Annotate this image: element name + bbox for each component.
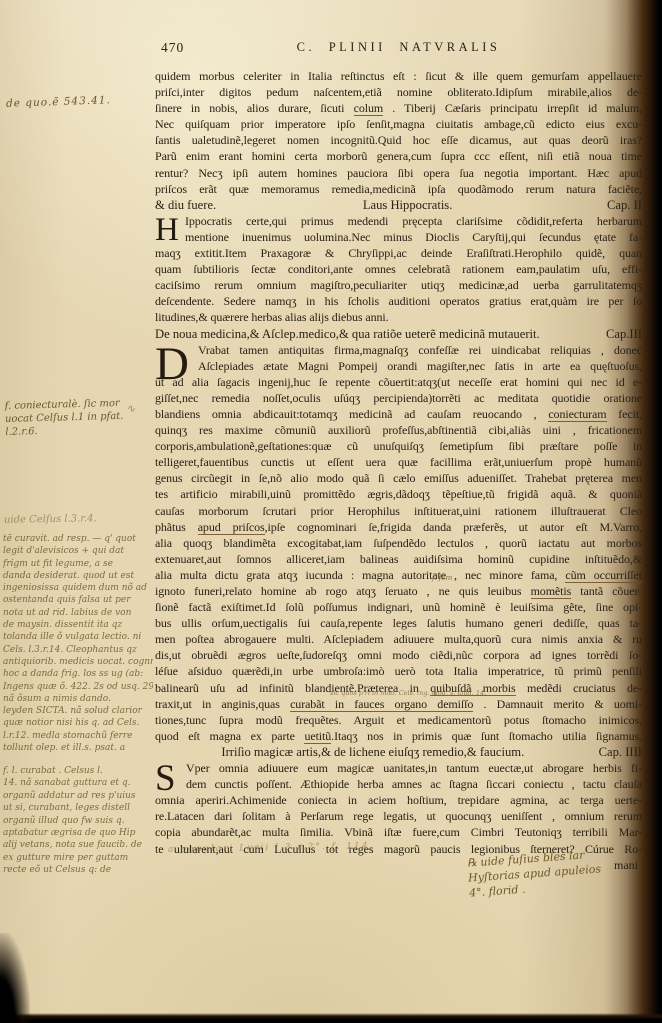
text-line: quam ſubtilioris ſectæ conditori,ante om… <box>155 261 642 277</box>
handwritten-insertion-mark: ″ <box>200 511 203 520</box>
handwriting-line: tolanda ille õ vulgata lectio. ni <box>3 631 153 643</box>
text-segment: blandiens omnia abdicauit:totamqʒ medici… <box>155 407 548 421</box>
heading-title: Laus Hippocratis. <box>216 197 599 213</box>
text-line: quidem morbus celeriter in Italia reſtin… <box>155 68 642 84</box>
handwriting-line: danda desiderat. quod ut est <box>3 570 153 582</box>
text-line: copia abundarẽt,ac multa ſimilia. Vbinã … <box>155 824 642 840</box>
handwriting-line: f. l. curabat . Celsus l. <box>3 765 155 777</box>
handwriting-line: aptabatur ægrisa de quo Hip <box>3 827 155 839</box>
printed-text-block: quidem morbus celeriter in Italia reſtin… <box>155 68 642 873</box>
handwriting-line: tollunt olep. et ill.s. psat. a <box>3 742 153 754</box>
paragraph: DVrabat tamen antiquitas firma,magnaſqʒ … <box>155 342 642 744</box>
heading-left: De noua medicina,& Aſclep.medico,& qua r… <box>155 326 540 342</box>
text-line: ſantis ualetudinẽ,legeret nomen incognit… <box>155 132 642 148</box>
ink-underlined-phrase: colum <box>354 101 384 116</box>
chapter-heading: Irriſio magicæ artis,& de lichene eiuſqʒ… <box>155 744 642 760</box>
handwriting-line: ostentanda quis falsa ut per <box>3 594 153 606</box>
text-line: litudines,& quærere herbas alias alijs d… <box>155 309 642 325</box>
text-segment: ſinere in nobis, alios durare, ſicuti <box>155 101 354 115</box>
text-line: maqʒ extitit.Item Praxagoræ & Chryſippi,… <box>155 245 642 261</box>
heading-title: Irriſio magicæ artis,& de lichene eiuſqʒ… <box>155 744 591 760</box>
text-line: tiones,tunc ſupra modũ frequẽtes. Arguit… <box>155 712 642 728</box>
text-line: omnia aperiri.Achimenide coniecta in aci… <box>155 792 642 808</box>
text-line: Ippocratis certe,qui primus medendi pręc… <box>155 213 642 229</box>
paragraph: HIppocratis certe,qui primus medendi prę… <box>155 213 642 326</box>
text-line: priſcos erãt quæ memoramus remedia,medic… <box>155 181 642 197</box>
chapter-heading: De noua medicina,& Aſclep.medico,& qua r… <box>155 326 642 342</box>
handwriting-line: organũ illud quo fw suis q. <box>3 815 155 827</box>
text-segment: . Tiberij Cæſaris principatu irrepſit id… <box>383 101 642 115</box>
text-line: Vper omnia adiuuere eum magicæ uanitates… <box>155 760 642 776</box>
text-segment: tantã cõuer- <box>571 584 642 598</box>
text-line: Parũ enim erant homini certa morborũ gen… <box>155 148 642 164</box>
text-line: traxit,ut in anginis,quas curabãt in fau… <box>155 696 642 712</box>
chapter-number: Cap.III <box>598 326 642 342</box>
chapter-number: Cap. II <box>599 197 642 213</box>
text-line: bus ullis orſum,uectigalis ſui cauſa,rep… <box>155 615 642 631</box>
heading-left: & diu fuere. <box>155 197 216 213</box>
text-segment: ,ipſe cognominari ſe,frigida danda præfe… <box>265 520 642 534</box>
handwriting-line: quæ notior nisi his q. ad Cels. <box>3 717 153 729</box>
handwriting-line: tē curavit. ad resp. — q' quot <box>3 533 153 545</box>
paragraph: SVper omnia adiuuere eum magicæ uanitate… <box>155 760 642 857</box>
ink-underlined-phrase: apud priſcos <box>198 520 265 535</box>
text-line: léſue aſsiduo quærẽdi,in urbe umbroſa:im… <box>155 663 642 679</box>
text-line: mentione inuenimus uolumina.Nec minus Di… <box>155 229 642 245</box>
text-line: alia quoqʒ blandimẽta excogitabat,iam ſu… <box>155 535 642 551</box>
book-page-scan: { "page": { "page_number": "470", "runni… <box>0 0 662 1023</box>
text-line: Vrabat tamen antiquitas firma,magnaſqʒ c… <box>155 342 642 358</box>
text-line: quinqʒ res maxime cõmuniũ auxiliorũ prof… <box>155 422 642 438</box>
handwriting-line: 14. nã sanabat guttura et q. <box>3 777 155 789</box>
page-header: 470 C. PLINII NATVRALIS <box>155 40 642 58</box>
text-line: blandiens omnia abdicauit:totamqʒ medici… <box>155 406 642 422</box>
ink-underlined-phrase: coniecturam <box>548 407 606 422</box>
text-line: caciſsimo rerum omnium magiſtro,peculiar… <box>155 277 642 293</box>
handwriting-line: de maysin. dissentit ita qz <box>3 619 153 631</box>
heading-title <box>540 326 598 342</box>
text-line: phãtus apud priſcos,ipſe cognominari ſe,… <box>155 519 642 535</box>
handwriting-line: legit d'alevisicos + qui dat <box>3 545 153 557</box>
text-segment: alia multa dictu grata atqʒ iucunda : ma… <box>155 568 565 582</box>
text-line: tes artificio mirabili,uinũ promittẽdo æ… <box>155 486 642 502</box>
paragraph: quidem morbus celeriter in Italia reſtin… <box>155 68 642 197</box>
page-number: 470 <box>161 40 184 56</box>
text-line: alia multa dictu grata atqʒ iucunda : ma… <box>155 567 642 583</box>
handwriting-line: antiquiorib. medicis uocat. cognm <box>3 656 153 668</box>
text-line: priſci,inter digitos pedum naſcentem,eti… <box>155 84 642 100</box>
text-line: genus circũegit in ſe,nõ alio modo quã ſ… <box>155 470 642 486</box>
handwritten-note-celsus: uide Celſus l.3.r.4. <box>4 513 97 526</box>
text-line: telligeret,fauentibus cunctis ut eſſent … <box>155 454 642 470</box>
handwriting-line: alij vetans, nota sue faucib. de <box>3 839 155 851</box>
chapter-number: Cap. IIII <box>591 744 642 760</box>
text-line: ut ad alia ſagacis ingenij,huc ſe repent… <box>155 374 642 390</box>
drop-cap-initial: D <box>155 341 189 388</box>
text-line: men poſtea abrogauere multi. Aſclepiadem… <box>155 631 642 647</box>
page-bottom-edge <box>0 1013 662 1023</box>
ink-underlined-phrase: momẽtis <box>531 584 572 599</box>
bottom-left-corner-shadow <box>0 933 30 1023</box>
text-line: Nec quiſquam prior imperatore ipſo ſenſi… <box>155 116 642 132</box>
text-line: dis,ut obruẽdi ægros ueſte,ſudoreſqʒ omn… <box>155 647 642 663</box>
text-segment: phãtus <box>155 520 198 534</box>
text-line: re.Latacen dari ſolitam à Perſarum rege … <box>155 808 642 824</box>
text-segment: traxit,ut in anginis,quas <box>155 697 290 711</box>
text-line: giſſet,nec remedia noſſet,oculis uſúqʒ p… <box>155 390 642 406</box>
text-line: Aſclepiades ætate Magni Pompeij orandi m… <box>155 358 642 374</box>
drop-cap-initial: H <box>155 214 179 247</box>
handwriting-line: recte eõ ut Celsus q: de <box>3 864 155 876</box>
text-segment: fecit, <box>607 407 642 421</box>
text-line: dem cunctis poſſent. Æthiopide herba amn… <box>155 776 642 792</box>
text-line: rentur? Necʒ ipſi autem homines pauciora… <box>155 165 642 181</box>
text-line: deſcendente. Sedere namqʒ in his ſcholis… <box>155 293 642 309</box>
handwriting-line: ex gutture mire per guttam <box>3 852 155 864</box>
handwriting-line: Ingens quæ õ. 422. 2s od usq. 29: <box>3 681 153 693</box>
handwriting-line: nota ut ad rid. labius de von <box>3 607 153 619</box>
handwritten-margin-block-a: tē curavit. ad resp. — q' quotlegit d'al… <box>3 533 153 754</box>
text-line: ſinere in nobis, alios durare, ſicuti co… <box>155 100 642 116</box>
text-line: corporis,ambulationẽ,geſtationes:quæ cũ … <box>155 438 642 454</box>
text-segment: quod eſt magna ex parte <box>155 729 304 743</box>
text-line: ignoto funeri,relato homine ab rogo atqʒ… <box>155 583 642 599</box>
ink-underlined-phrase: cũm occurriſſet <box>565 568 642 583</box>
text-line: cauſas morborum ſcrutari prior Herophilu… <box>155 503 642 519</box>
text-segment: . Damnauit merito & uomi- <box>473 697 642 711</box>
handwriting-line: ingeniosissa quidem dum nõ ad <box>3 582 153 594</box>
text-segment: ignoto funeri,relato homine ab rogo atqʒ… <box>155 584 531 598</box>
handwriting-line: Cels. l.3.r.14. Cleophantus qz <box>3 644 153 656</box>
chapter-heading: & diu fuere.Laus Hippocratis.Cap. II <box>155 197 642 213</box>
ink-underlined-phrase: curabãt in fauces organo demiſſo <box>290 697 473 712</box>
text-segment: .Itaqʒ nos in primis quæ ſunt ſtomacho u… <box>331 729 642 743</box>
handwriting-line: hoc a danda frig. los ss ug (ab: <box>3 668 153 680</box>
handwritten-interlinear-note: f. fom <box>432 574 452 582</box>
handwritten-margin-block-b: f. l. curabat . Celsus l.14. nã sanabat … <box>3 765 155 877</box>
handwritten-interlinear-note-2: sic quos p'ri in mod. Cels. ing. mod. s.… <box>330 689 565 697</box>
handwriting-line: l.r.12. medla stomachũ ferre <box>3 730 153 742</box>
handwriting-line: frigm ut fit legume, a se <box>3 558 153 570</box>
handwriting-line: organũ addatur ad res p'uius <box>3 790 155 802</box>
handwriting-line: leyden SICTA. nã solud clarior <box>3 705 153 717</box>
text-line: quod eſt magna ex parte uetitũ.Itaqʒ nos… <box>155 728 642 744</box>
ink-underlined-phrase: uetitũ <box>304 729 331 744</box>
handwriting-line: ut si, curabant, leges distell <box>3 802 155 814</box>
handwriting-line: nã õsum a nimis dando. <box>3 693 153 705</box>
text-line: extenuaret,aut ſomnos alliceret,iam bali… <box>155 551 642 567</box>
text-line: ſionẽ factã exiſtimet.Id ſolũ poſſumus i… <box>155 599 642 615</box>
running-title: C. PLINII NATVRALIS <box>155 40 642 55</box>
handwritten-squiggle-mark: ∿ <box>126 402 135 415</box>
drop-cap-initial: S <box>155 760 176 797</box>
handwritten-note-bottom-right: ℞ uide fuſius bles larHyſtorias apud apu… <box>467 846 603 900</box>
